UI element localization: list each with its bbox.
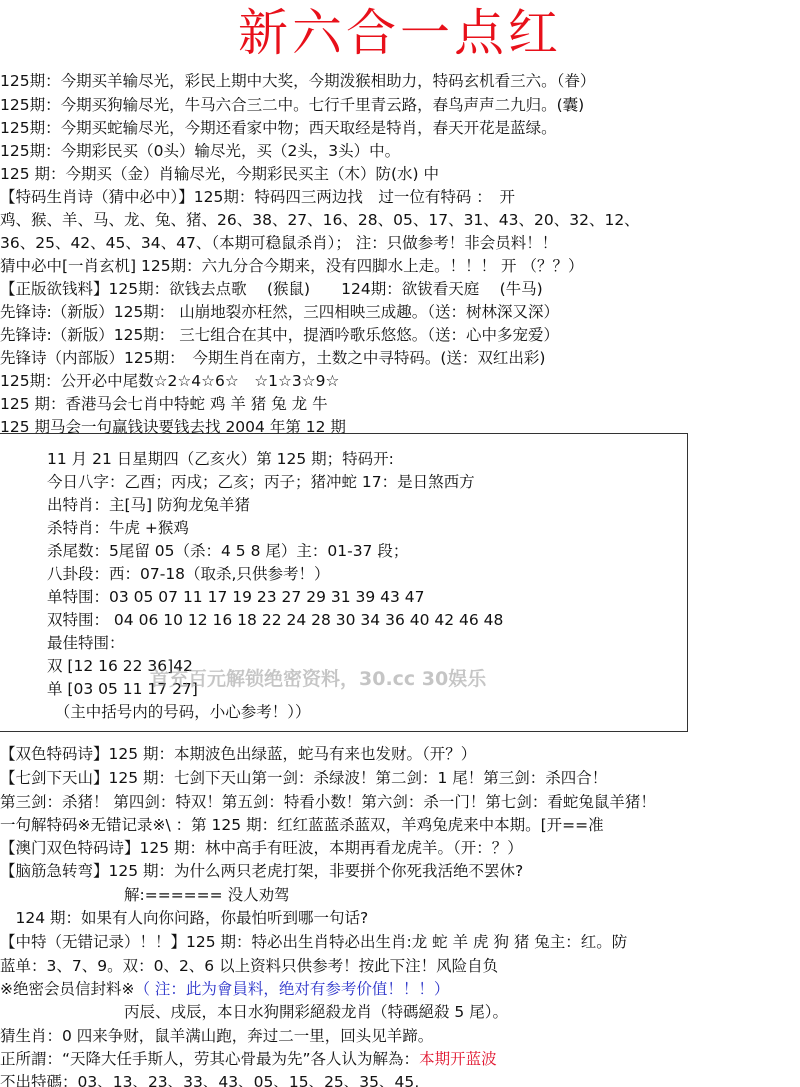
text-line: 124 期：如果有人向你问路，你最怕听到哪一句话? [0,907,368,929]
box-text-line: 今日八字：乙酉；丙戌；乙亥；丙子；猪冲蛇 17：是日煞西方 [47,471,475,493]
text-line: 125期：今期买羊输尽光，彩民上期中大奖，今期泼猴相助力，特码玄机看三六。（眷） [0,70,595,92]
watermark-text: 首充百元解锁绝密资料，30.cc 30娱乐 [150,664,486,691]
text-line: 先锋诗:（新版）125期： 山崩地裂亦枉然，三四相映三成趣。（送：树林深又深） [0,301,559,323]
text-line: 【中特（无错记录）！！】125 期：特必出生肖特必出生肖:龙 蛇 羊 虎 狗 猪… [0,931,627,953]
text-line: 猜生肖：0 四来争财，鼠羊满山跑，奔过二一里，回头见羊蹄。 [0,1025,433,1047]
member-envelope-line: ※绝密会员信封料※（ 注：此为會員料，绝对有参考价值！！！） [0,978,449,1000]
member-note: （ 注：此为會員料，绝对有参考价值！！！） [134,980,449,998]
box-text-line: 八卦段：西：07-18（取杀,只供参考！） [47,563,329,585]
saying-answer: 本期开蓝波 [419,1050,497,1068]
text-line: 【正版欲钱料】125期：欲钱去点歌 (猴鼠) 124期：欲钹看天庭 (牛马) [0,278,543,300]
not-out-codes-line: 不出特碼：03、13、23、33、43、05、15、25、35、45, [0,1071,419,1087]
page-title: 新六合一点红 [0,4,800,62]
text-line: 蓝单：3、7、9。双：0、2、6 以上资料只供参考！按此下注！风险自负 [0,955,498,977]
saying-line: 正所謂：“天降大任手斯人，劳其心骨最为先”各人认为解為：本期开蓝波 [0,1048,497,1070]
text-line: 【七剑下天山】125 期：七剑下天山第一剑：杀绿波！第二剑：1 尾！第三剑：杀四… [0,767,607,789]
text-line: 125 期：今期买（金）肖输尽光，今期彩民买主（木）防(水) 中 [0,163,439,185]
text-line: 鸡、猴、羊、马、龙、兔、猪、26、38、27、16、28、05、17、31、43… [0,209,640,231]
text-line: 【特码生肖诗（猜中必中）】125期：特码四三两边找 过一位有特码 ： 开 [0,186,515,208]
text-line: 【脑筋急转弯】125 期：为什么两只老虎打架，非要拼个你死我活绝不罢休? [0,860,523,882]
box-text-line: 双特围： 04 06 10 12 16 18 22 24 28 30 34 36… [47,609,503,631]
box-text-line: 出特肖：主[马] 防狗龙兔羊猪 [47,494,250,516]
text-line: 一句解特码※无错记录※\ ：第 125 期：红红蓝蓝杀蓝双，羊鸡兔虎来中本期。[… [0,814,604,836]
text-line: 解:====== 没人劝驾 [0,884,290,906]
box-text-line: （主中括号内的号码，小心参考！）） [47,701,311,723]
text-line: 先锋诗（内部版）125期： 今期生肖在南方，土数之中寻特码。(送：双红出彩) [0,347,545,369]
box-text-line: 杀尾数：5尾留 05（杀：4 5 8 尾）主：01-37 段； [47,540,408,562]
text-line: 125期：今期买狗输尽光，牛马六合三二中。七行千里青云路，春鸟声声二九归。(囊) [0,94,584,116]
text-line: 【双色特码诗】125 期：本期波色出绿蓝，蛇马有来也发财。（开？） [0,743,476,765]
box-text-line: 最佳特围： [47,632,125,654]
text-line: 猜中必中[一肖玄机] 125期：六九分合今期来，没有四脚水上走。！！！ 开 （？… [0,255,583,277]
text-line: 125期：今期彩民买（0头）输尽光，买（2头，3头）中。 [0,140,400,162]
text-line: 36、25、42、45、34、47、（本期可稳鼠杀肖）； 注：只做参考！非会员料… [0,232,557,254]
text-line: 先锋诗:（新版）125期： 三七组合在其中，提酒吟歌乐悠悠。（送：心中多宠爱） [0,324,559,346]
text-line: 125期：今期买蛇输尽光，今期还看家中物；西天取经是特肖，春天开花是蓝绿。 [0,117,557,139]
box-text-line: 单特围：03 05 07 11 17 19 23 27 29 31 39 43 … [47,586,425,608]
text-line: 第三剑：杀猪！ 第四剑：特双！第五剑：特看小数！第六剑：杀一门！第七剑：看蛇兔鼠… [0,791,656,813]
text-line: 丙辰、戌辰，本日水狗開彩絕殺龙肖（特碼絕殺 5 尾）。 [0,1001,508,1023]
text-line: 【澳门双色特码诗】125 期：林中高手有旺波，本期再看龙虎羊。（开：？） [0,837,523,859]
text-line: 125 期：香港马会七肖中特蛇 鸡 羊 猪 兔 龙 牛 [0,393,328,415]
member-prefix: ※绝密会员信封料※ [0,980,134,998]
saying-prefix: 正所謂：“天降大任手斯人，劳其心骨最为先”各人认为解為： [0,1050,419,1068]
box-text-line: 11 月 21 日星期四（乙亥火）第 125 期；特码开: [47,448,394,470]
text-line: 125期：公开必中尾数☆2☆4☆6☆ ☆1☆3☆9☆ [0,370,339,392]
box-text-line: 杀特肖：牛虎 +猴鸡 [47,517,189,539]
